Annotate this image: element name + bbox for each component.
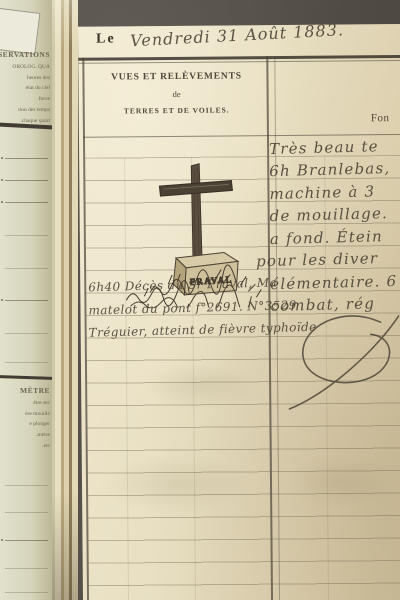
facing-page-corner [0,7,40,54]
logbook-page: Le Vendredi 31 Août 1883. VUES ET RELÈVE… [78,24,400,600]
logbook-photo: SERVATIONS OROLOG. QUA heures des état d… [0,0,400,600]
facing-page-text-fragment: mètre. [0,430,50,441]
leader-dot [1,539,3,541]
leader-dot [1,201,3,203]
facing-page-ruled-row [5,333,48,334]
column-title-line3: TERRES ET DE VOILES. [89,105,265,116]
right-column-header-fragment: Fon [371,112,390,124]
facing-page-strip: SERVATIONS OROLOG. QUA heures des état d… [0,0,52,600]
facing-page-ruled-row [5,362,48,363]
facing-page-ruled-row [5,202,48,203]
facing-page-text-fragment: ère mouillé [0,409,50,420]
handwriting-line: 6h Branlebas, [269,159,390,180]
facing-page-ruled-row [5,568,48,569]
handwriting-line: de mouillage. [269,204,388,225]
column-title-line1: VUES ET RELÈVEMENTS [88,71,264,83]
handwriting-line: pour les diver [256,249,379,270]
signature-flourish [281,312,400,417]
facing-page-ruled-row [5,158,48,159]
facing-page-thick-rule [0,375,54,380]
facing-page-text-fragment: e plonger [0,419,50,430]
facing-page-observations-block: SERVATIONS OROLOG. QUA heures des état d… [0,50,52,126]
facing-page-text-fragment: OROLOG. QUA [0,62,50,73]
facing-page-text-fragment: etc. [0,441,50,452]
bleedthrough-smudge [102,453,253,514]
facing-page-ruled-row [5,512,48,513]
facing-page-text-fragment: état du ciel [0,83,50,94]
handwriting-line: a fond. Étein [270,227,383,248]
page-edges-gutter [52,0,78,600]
facing-page-ruled-row [5,592,48,593]
table-top-border-inner [78,60,400,64]
facing-page-ruled-row [5,300,48,301]
facing-page-ruled-row [5,180,48,181]
handwriting-line: élémentaire. 6 [270,272,397,293]
facing-page-text-fragment: MÈTRE [0,386,50,395]
facing-page-ruled-row [5,235,48,236]
date-prefix-label: Le [96,31,116,47]
leader-dot [1,157,3,159]
handwriting-line: Très beau te [269,137,379,158]
leader-dot [1,299,3,301]
facing-page-ruled-row [5,540,48,541]
facing-page-text-fragment: SERVATIONS [0,50,50,59]
facing-page-ruled-row [5,485,48,486]
column-title-line2: de [89,88,265,100]
facing-page-text-fragment: tion des temps [0,105,50,116]
facing-page-text-fragment: force [0,94,50,105]
handwritten-date: Vendredi 31 Août 1883. [130,24,400,50]
bleedthrough-smudge [287,454,392,510]
facing-page-thermometer-block: MÈTRE ètre sec ère mouillé e plonger mèt… [0,386,52,452]
bleedthrough-smudge [141,363,261,408]
facing-page-ruled-row [5,268,48,269]
leader-dot [1,179,3,181]
facing-page-text-fragment: ètre sec [0,398,50,409]
facing-page-text-fragment: heures des [0,73,50,84]
handwriting-line: machine à 3 [269,182,375,203]
